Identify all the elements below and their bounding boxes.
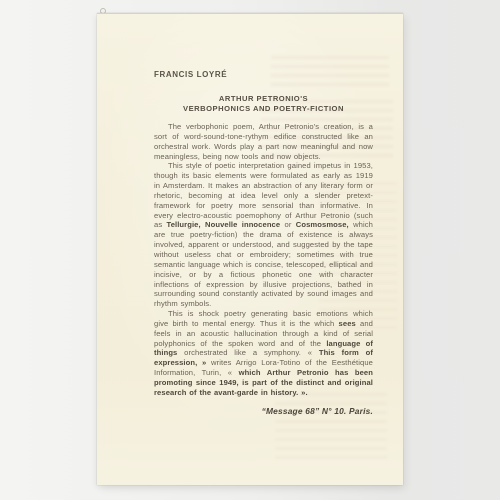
text-run: or	[280, 220, 296, 229]
paragraph: This style of poetic interpretation gain…	[154, 161, 373, 309]
body-paragraphs: The verbophonic poem, Arthur Petronio's …	[154, 122, 373, 398]
article-title: ARTHUR PETRONIO'S VERBOPHONICS AND POETR…	[154, 94, 373, 114]
author-name: FRANCIS LOYRÉ	[154, 70, 373, 79]
bold-text-run: sees	[339, 319, 356, 328]
bold-text-run: Tellurgie, Nouvelle innocence	[167, 220, 281, 229]
document-page: FRANCIS LOYRÉ ARTHUR PETRONIO'S VERBOPHO…	[97, 13, 403, 485]
article-title-line2: VERBOPHONICS AND POETRY-FICTION	[154, 104, 373, 114]
text-run: which are true poetry-fiction) the drama…	[154, 220, 373, 308]
text-run: orchestrated like a symphony. «	[177, 348, 318, 357]
bold-text-run: Cosmosmose,	[296, 220, 349, 229]
paragraph: This is shock poetry generating basic em…	[154, 309, 373, 398]
paragraph: The verbophonic poem, Arthur Petronio's …	[154, 122, 373, 161]
publication-reference: “Message 68” N° 10. Paris.	[154, 406, 373, 416]
text-run: The verbophonic poem, Arthur Petronio's …	[154, 122, 373, 161]
page-content: FRANCIS LOYRÉ ARTHUR PETRONIO'S VERBOPHO…	[154, 14, 373, 416]
article-title-line1: ARTHUR PETRONIO'S	[154, 94, 373, 104]
text-run: This style of poetic interpretation gain…	[154, 161, 373, 229]
